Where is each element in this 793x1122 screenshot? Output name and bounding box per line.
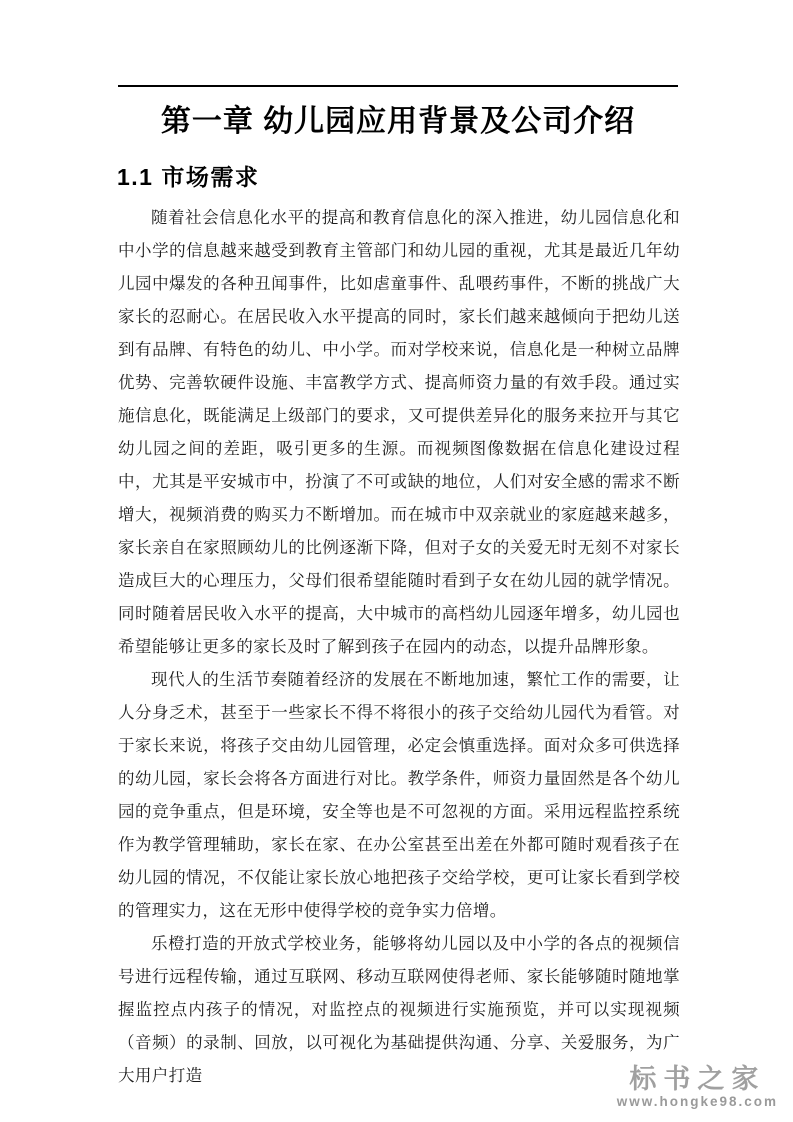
document-body: 随着社会信息化水平的提高和教育信息化的深入推进，幼儿园信息化和中小学的信息越来越… (118, 201, 680, 1092)
watermark: 标书之家 www.hongke98.com (617, 1064, 778, 1110)
watermark-url: www.hongke98.com (617, 1094, 778, 1110)
paragraph-market-demand-3: 乐橙打造的开放式学校业务，能够将幼儿园以及中小学的各点的视频信号进行远程传输，通… (118, 927, 680, 1092)
document-page: 第一章 幼儿园应用背景及公司介绍 1.1 市场需求 随着社会信息化水平的提高和教… (0, 0, 793, 1122)
paragraph-market-demand-1: 随着社会信息化水平的提高和教育信息化的深入推进，幼儿园信息化和中小学的信息越来越… (118, 201, 680, 663)
chapter-title: 第一章 幼儿园应用背景及公司介绍 (118, 100, 678, 144)
paragraph-market-demand-2: 现代人的生活节奏随着经济的发展在不断地加速，繁忙工作的需要，让人分身乏术，甚至于… (118, 663, 680, 927)
header-rule (118, 85, 678, 87)
watermark-brand: 标书之家 (617, 1064, 778, 1094)
section-heading: 1.1 市场需求 (117, 162, 259, 192)
